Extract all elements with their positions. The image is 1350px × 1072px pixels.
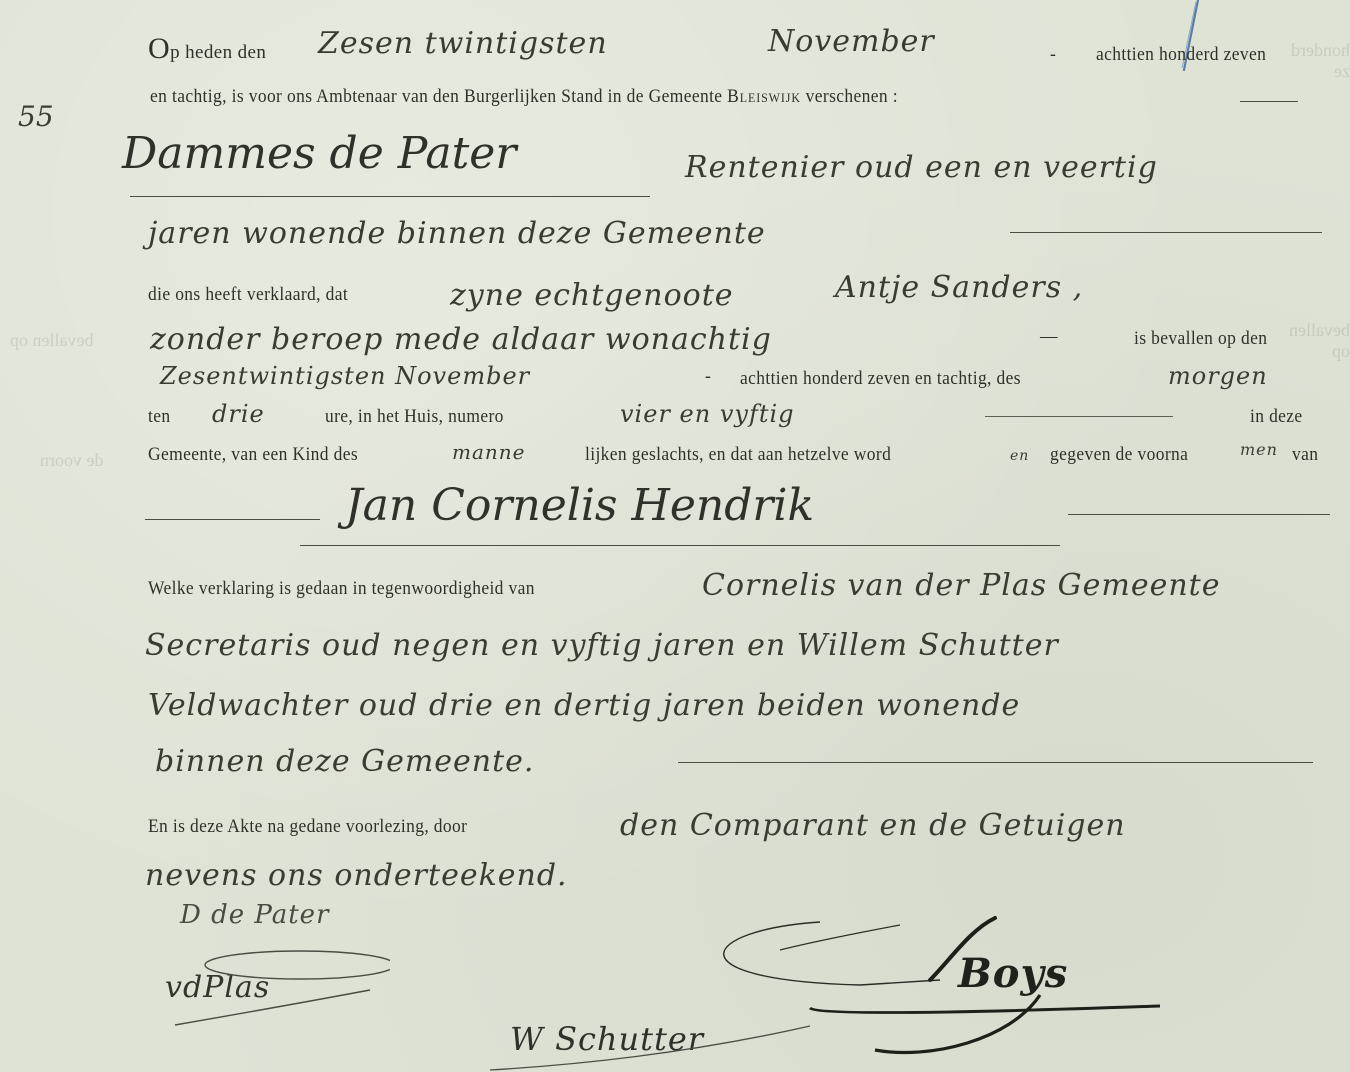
drop-initial: O	[148, 32, 170, 65]
handwritten-house-number: vier en vyftig	[620, 400, 795, 428]
dash: -	[1050, 44, 1056, 66]
fill-rule	[1010, 232, 1322, 233]
signature-registrar-flourish	[680, 900, 1180, 1070]
line-2: en tachtig, is voor ons Ambtenaar van de…	[150, 86, 898, 108]
print-text: in deze	[1250, 406, 1303, 428]
print-text: achttien honderd zeven en tachtig, des	[740, 368, 1021, 390]
handwritten-suffix: en	[1010, 448, 1029, 464]
bleed-through-text: de voorn	[40, 450, 103, 471]
signature-registrar: Boys	[958, 950, 1068, 997]
bleed-through-text: bevallen op	[1270, 320, 1350, 362]
print-text: ten	[148, 406, 170, 428]
print-text: ure, in het Huis, numero	[325, 406, 504, 428]
fill-rule	[1240, 101, 1298, 102]
bleed-through-text: bevallen op	[10, 330, 93, 351]
print-text: achttien honderd zeven	[1096, 44, 1266, 66]
bleed-through-text: honderd ze	[1290, 40, 1350, 82]
blue-pencil-mark	[1180, 0, 1200, 80]
signature-declarant: D de Pater	[180, 900, 330, 930]
handwritten-day: Zesen twintigsten	[318, 26, 608, 61]
print-text: En is deze Akte na gedane voorlezing, do…	[148, 816, 467, 838]
witness-residence: binnen deze Gemeente.	[155, 744, 534, 779]
print-text: lijken geslachts, en dat aan hetzelve wo…	[585, 444, 891, 466]
witness-details: Secretaris oud negen en vyftig jaren en …	[145, 628, 1059, 663]
print-text: gegeven de voorna	[1050, 444, 1188, 466]
name-underline	[300, 545, 1060, 546]
fill-rule	[145, 519, 320, 520]
declarant-occupation-age: Rentenier oud een en veertig	[685, 150, 1158, 185]
handwritten-time-of-day: morgen	[1168, 362, 1268, 390]
handwritten-month: November	[768, 24, 935, 59]
handwritten-signers: den Comparant en de Getuigen	[620, 808, 1126, 843]
municipality-name: Bleiswijk	[727, 86, 801, 107]
print-text: van	[1292, 444, 1318, 466]
line-1: Op heden den	[148, 32, 266, 66]
dash: -	[705, 366, 711, 388]
fill-rule	[678, 762, 1313, 763]
print-text: is bevallen op den	[1134, 328, 1267, 350]
name-underline	[130, 196, 650, 197]
handwritten-closing: nevens ons onderteekend.	[145, 858, 568, 893]
witness-1-name-occupation: Cornelis van der Plas Gemeente	[702, 568, 1220, 603]
mother-occupation-residence: zonder beroep mede aldaar wonachtig	[150, 322, 772, 357]
print-text: en tachtig, is voor ons Ambtenaar van de…	[150, 86, 722, 107]
handwritten-suffix: men	[1240, 440, 1278, 459]
child-name: Jan Cornelis Hendrik	[345, 480, 814, 531]
print-text: p heden den	[170, 42, 266, 63]
margin-record-number: 55	[18, 100, 54, 133]
handwritten-relation: zyne echtgenoote	[450, 278, 734, 313]
dash: —	[1040, 326, 1058, 348]
print-text: Gemeente, van een Kind des	[148, 444, 358, 466]
fill-rule	[985, 416, 1173, 417]
declarant-residence: jaren wonende binnen deze Gemeente	[148, 216, 766, 251]
witness-details: Veldwachter oud drie en dertig jaren bei…	[148, 688, 1020, 723]
print-text: verschenen :	[806, 86, 898, 107]
declarant-name: Dammes de Pater	[122, 128, 516, 179]
mother-name: Antje Sanders ,	[835, 270, 1083, 305]
document-page: honderd ze bevallen op bevallen op de vo…	[0, 0, 1350, 1072]
handwritten-hour: drie	[212, 400, 265, 428]
fill-rule	[1068, 514, 1330, 515]
handwritten-gender: manne	[452, 440, 526, 464]
print-text: die ons heeft verklaard, dat	[148, 284, 348, 306]
handwritten-birth-date: Zesentwintigsten November	[160, 362, 530, 390]
signature-flourish	[170, 950, 390, 1030]
print-text: Welke verklaring is gedaan in tegenwoord…	[148, 578, 535, 600]
